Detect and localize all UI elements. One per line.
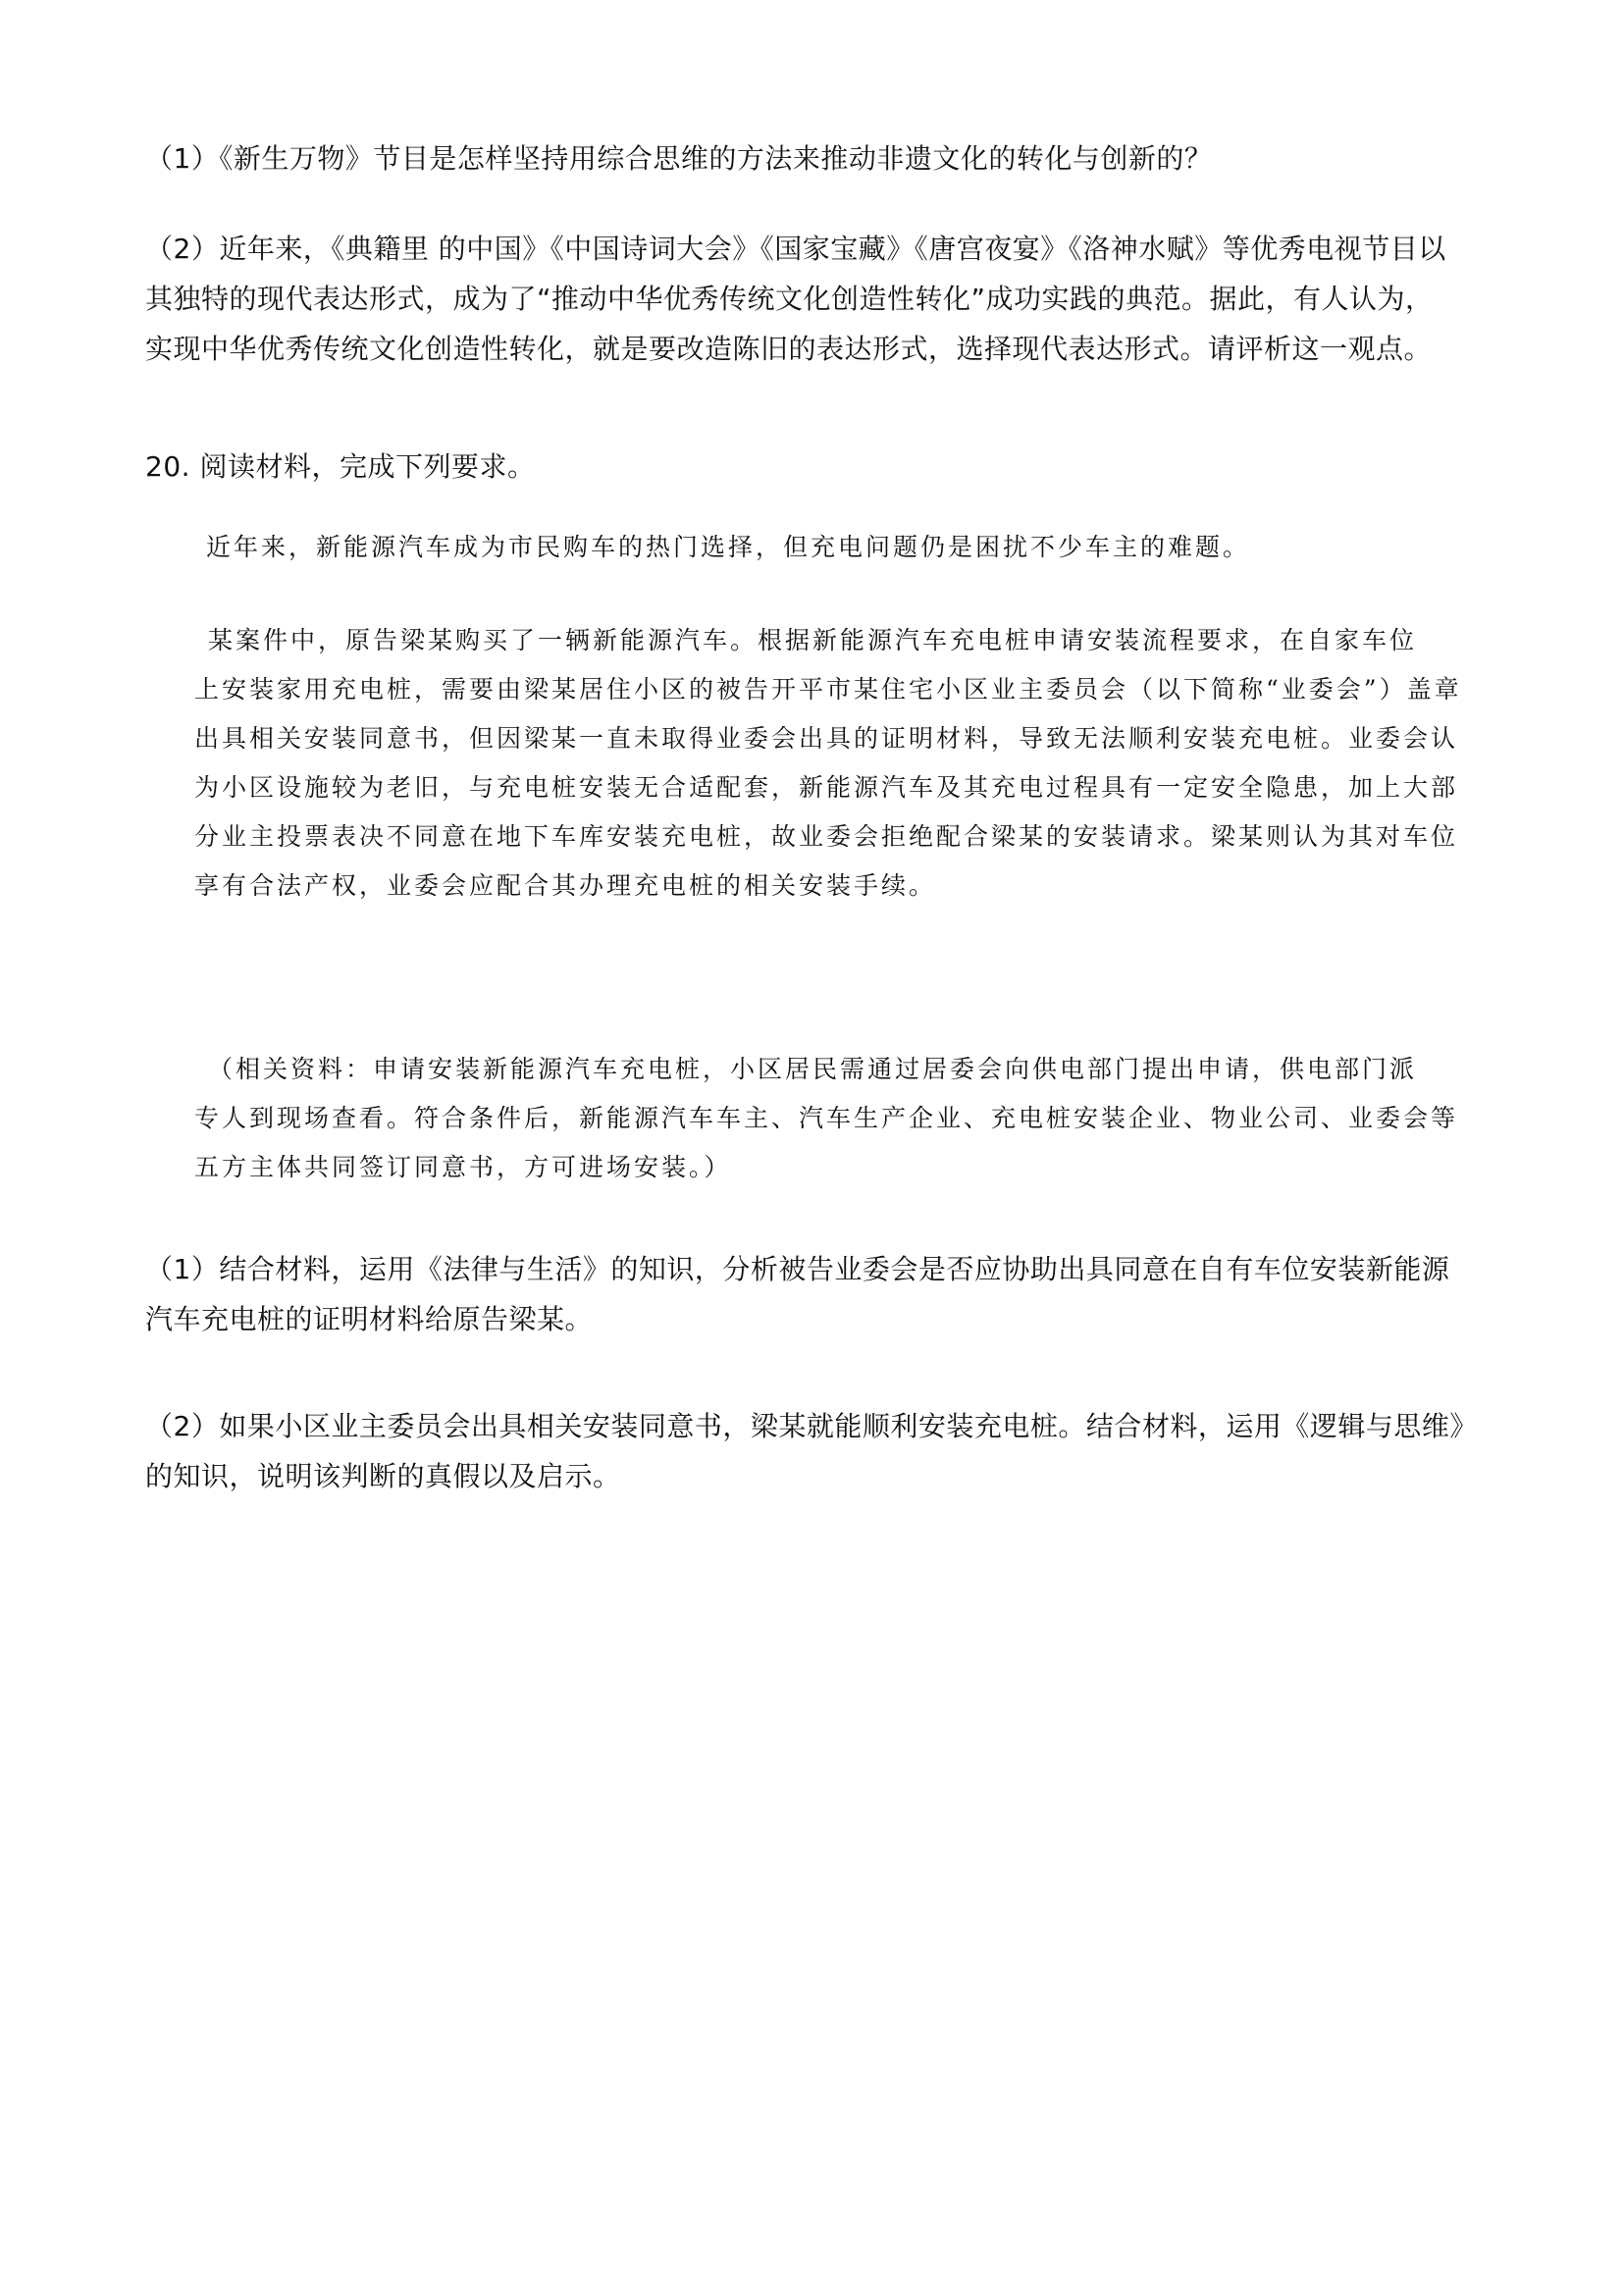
- question-19-part-2: （2）近年来，《典籍里 的中国》《中国诗词大会》《国家宝藏》《唐宫夜宴》《洛神水…: [145, 224, 1490, 374]
- text-line: 专人到现场查看。符合条件后，新能源汽车车主、汽车生产企业、充电桩安装企业、物业公…: [194, 1094, 1492, 1143]
- question-instruction: 阅读材料，完成下列要求。: [199, 450, 535, 483]
- question-20-part-1: （1）结合材料，运用《法律与生活》的知识，分析被告业委会是否应协助出具同意在自有…: [145, 1244, 1490, 1344]
- text-line: 其独特的现代表达形式，成为了“推动中华优秀传统文化创造性转化”成功实践的典范。据…: [145, 274, 1490, 324]
- material-paragraph-1: 近年来，新能源汽车成为市民购车的热门选择，但充电问题仍是困扰不少车主的难题。: [206, 523, 1503, 572]
- question-20-heading: 20. 阅读材料，完成下列要求。: [145, 442, 1490, 492]
- text-line: （1）结合材料，运用《法律与生活》的知识，分析被告业委会是否应协助出具同意在自有…: [145, 1244, 1490, 1294]
- material-paragraph-2: 某案件中，原告梁某购买了一辆新能源汽车。根据新能源汽车充电桩申请安装流程要求，在…: [194, 616, 1492, 911]
- text-line: （2）近年来，《典籍里 的中国》《中国诗词大会》《国家宝藏》《唐宫夜宴》《洛神水…: [145, 224, 1490, 274]
- text-line: 为小区设施较为老旧，与充电桩安装无合适配套，新能源汽车及其充电过程具有一定安全隐…: [194, 763, 1492, 812]
- text-line: 享有合法产权，业委会应配合其办理充电桩的相关安装手续。: [194, 861, 1492, 911]
- text-line: 出具相关安装同意书，但因梁某一直未取得业委会出具的证明材料，导致无法顺利安装充电…: [194, 714, 1492, 763]
- text-line: 汽车充电桩的证明材料给原告梁某。: [145, 1294, 1490, 1344]
- text-line: 的知识，说明该判断的真假以及启示。: [145, 1451, 1490, 1501]
- document-page: （1）《新生万物》节目是怎样坚持用综合思维的方法来推动非遗文化的转化与创新的？ …: [0, 0, 1623, 2296]
- text-line: 实现中华优秀传统文化创造性转化，就是要改造陈旧的表达形式，选择现代表达形式。请评…: [145, 324, 1490, 374]
- text-line: 分业主投票表决不同意在地下车库安装充电桩，故业委会拒绝配合梁某的安装请求。梁某则…: [194, 812, 1492, 861]
- text-line: （相关资料：申请安装新能源汽车充电桩，小区居民需通过居委会向供电部门提出申请，供…: [194, 1045, 1492, 1094]
- part-label: （1）: [145, 142, 219, 175]
- question-number: 20.: [145, 450, 190, 483]
- text-line: 五方主体共同签订同意书，方可进场安装。）: [194, 1143, 1492, 1192]
- part-text: 《新生万物》节目是怎样坚持用综合思维的方法来推动非遗文化的转化与创新的？: [219, 142, 1212, 175]
- text-line: 上安装家用充电桩，需要由梁某居住小区的被告开平市某住宅小区业主委员会（以下简称“…: [194, 665, 1492, 714]
- part-label: （2）: [145, 233, 219, 265]
- text-line: （2）如果小区业主委员会出具相关安装同意书，梁某就能顺利安装充电桩。结合材料，运…: [145, 1401, 1490, 1451]
- question-20-part-2: （2）如果小区业主委员会出具相关安装同意书，梁某就能顺利安装充电桩。结合材料，运…: [145, 1401, 1490, 1501]
- material-related-info: （相关资料：申请安装新能源汽车充电桩，小区居民需通过居委会向供电部门提出申请，供…: [194, 1045, 1492, 1192]
- question-19-part-1: （1）《新生万物》节目是怎样坚持用综合思维的方法来推动非遗文化的转化与创新的？: [145, 133, 1490, 183]
- text-line: 某案件中，原告梁某购买了一辆新能源汽车。根据新能源汽车充电桩申请安装流程要求，在…: [194, 616, 1492, 665]
